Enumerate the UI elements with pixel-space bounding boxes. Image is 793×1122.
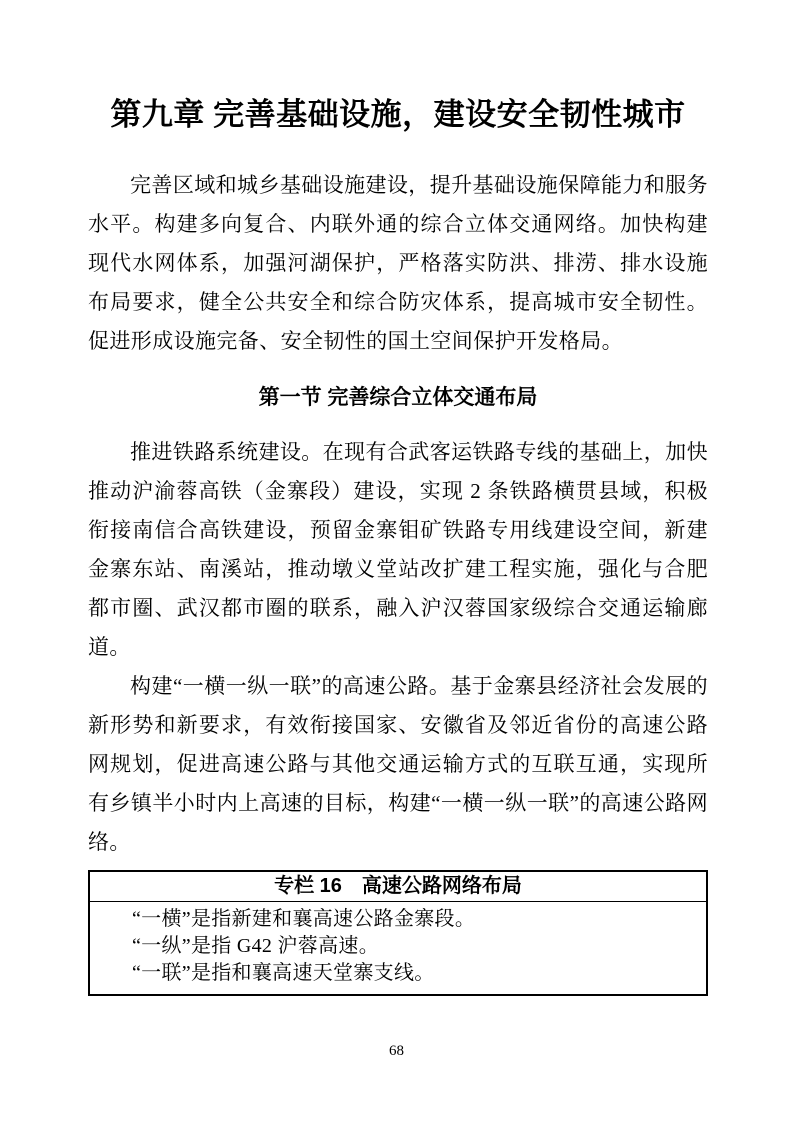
feature-box-line: “一横”是指新建和襄高速公路金寨段。	[90, 906, 706, 933]
feature-box-zhuanlan-16: 专栏 16 高速公路网络布局 “一横”是指新建和襄高速公路金寨段。 “一纵”是指…	[88, 870, 708, 996]
document-page: 第九章 完善基础设施，建设安全韧性城市 完善区域和城乡基础设施建设，提升基础设施…	[0, 0, 793, 1122]
paragraph-railway: 推进铁路系统建设。在现有合武客运铁路专线的基础上，加快推动沪渝蓉高铁（金寨段）建…	[88, 433, 708, 667]
chapter-title: 第九章 完善基础设施，建设安全韧性城市	[88, 0, 708, 136]
paragraph-expressway: 构建“一横一纵一联”的高速公路。基于金寨县经济社会发展的新形势和新要求，有效衔接…	[88, 667, 708, 862]
page-number: 68	[0, 1043, 793, 1060]
feature-box-line: “一联”是指和襄高速天堂寨支线。	[90, 960, 706, 987]
feature-box-title: 专栏 16 高速公路网络布局	[90, 872, 706, 902]
paragraph-intro: 完善区域和城乡基础设施建设，提升基础设施保障能力和服务水平。构建多向复合、内联外…	[88, 166, 708, 361]
feature-box-body: “一横”是指新建和襄高速公路金寨段。 “一纵”是指 G42 沪蓉高速。 “一联”…	[90, 902, 706, 994]
section-heading: 第一节 完善综合立体交通布局	[88, 383, 708, 413]
feature-box-line: “一纵”是指 G42 沪蓉高速。	[90, 933, 706, 960]
